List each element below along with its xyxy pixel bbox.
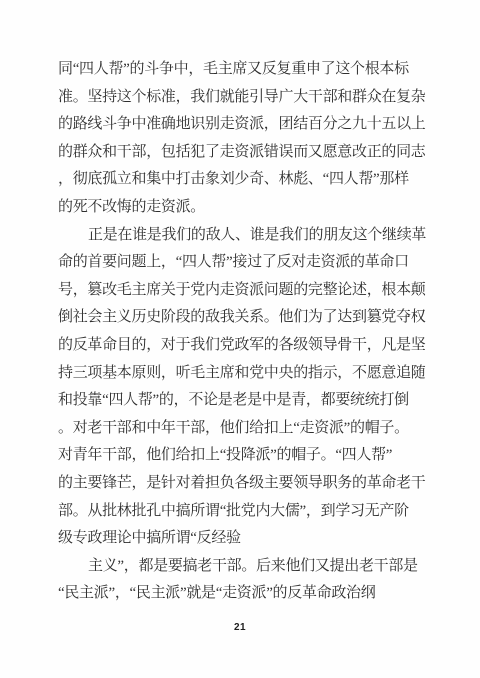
- text-line: 的主要锋芒，是针对着担负各级主要领导职务的革命老干: [58, 470, 430, 498]
- text-line: 和投靠“四人帮”的，不论是老是中是青，都要统统打倒: [58, 387, 430, 415]
- text-line: 主义”，都是要搞老干部。后来他们又提出老干部是: [58, 553, 430, 581]
- text-line: 命的首要问题上，“四人帮”接过了反对走资派的革命口: [58, 249, 430, 277]
- text-line: 。对老干部和中年干部，他们给扣上“走资派”的帽子。: [58, 415, 430, 443]
- text-line: 的反革命目的，对于我们党政军的各级领导骨干，凡是坚: [58, 332, 430, 360]
- text-line: 的死不改悔的走资派。: [58, 194, 430, 222]
- text-line: 持三项基本原则，听毛主席和党中央的指示，不愿意追随: [58, 360, 430, 388]
- text-line: 倒社会主义历史阶段的敌我关系。他们为了达到篡党夺权: [58, 304, 430, 332]
- text-block: 同“四人帮”的斗争中，毛主席又反复重申了这个根本标准。坚持这个标准，我们就能引导…: [58, 56, 430, 608]
- text-line: 同“四人帮”的斗争中，毛主席又反复重申了这个根本标: [58, 56, 430, 84]
- text-line: 号，篡改毛主席关于党内走资派问题的完整论述，根本颠: [58, 277, 430, 305]
- text-line: 正是在谁是我们的敌人、谁是我们的朋友这个继续革: [58, 222, 430, 250]
- document-page: 同“四人帮”的斗争中，毛主席又反复重申了这个根本标准。坚持这个标准，我们就能引导…: [0, 0, 480, 678]
- text-line: 部。从批林批孔中搞所谓“批党内大儒”，到学习无产阶: [58, 498, 430, 526]
- text-line: “民主派”，“民主派”就是“走资派”的反革命政治纲: [58, 580, 430, 608]
- text-line: 级专政理论中搞所谓“反经验: [58, 525, 430, 553]
- text-line: 对青年干部，他们给扣上“投降派”的帽子。“四人帮”: [58, 442, 430, 470]
- text-line: ，彻底孤立和集中打击象刘少奇、林彪、“四人帮”那样: [58, 166, 430, 194]
- page-number: 21: [0, 622, 480, 633]
- text-line: 的群众和干部，包括犯了走资派错误而又愿意改正的同志: [58, 139, 430, 167]
- text-line: 的路线斗争中准确地识别走资派，团结百分之九十五以上: [58, 111, 430, 139]
- text-line: 准。坚持这个标准，我们就能引导广大干部和群众在复杂: [58, 84, 430, 112]
